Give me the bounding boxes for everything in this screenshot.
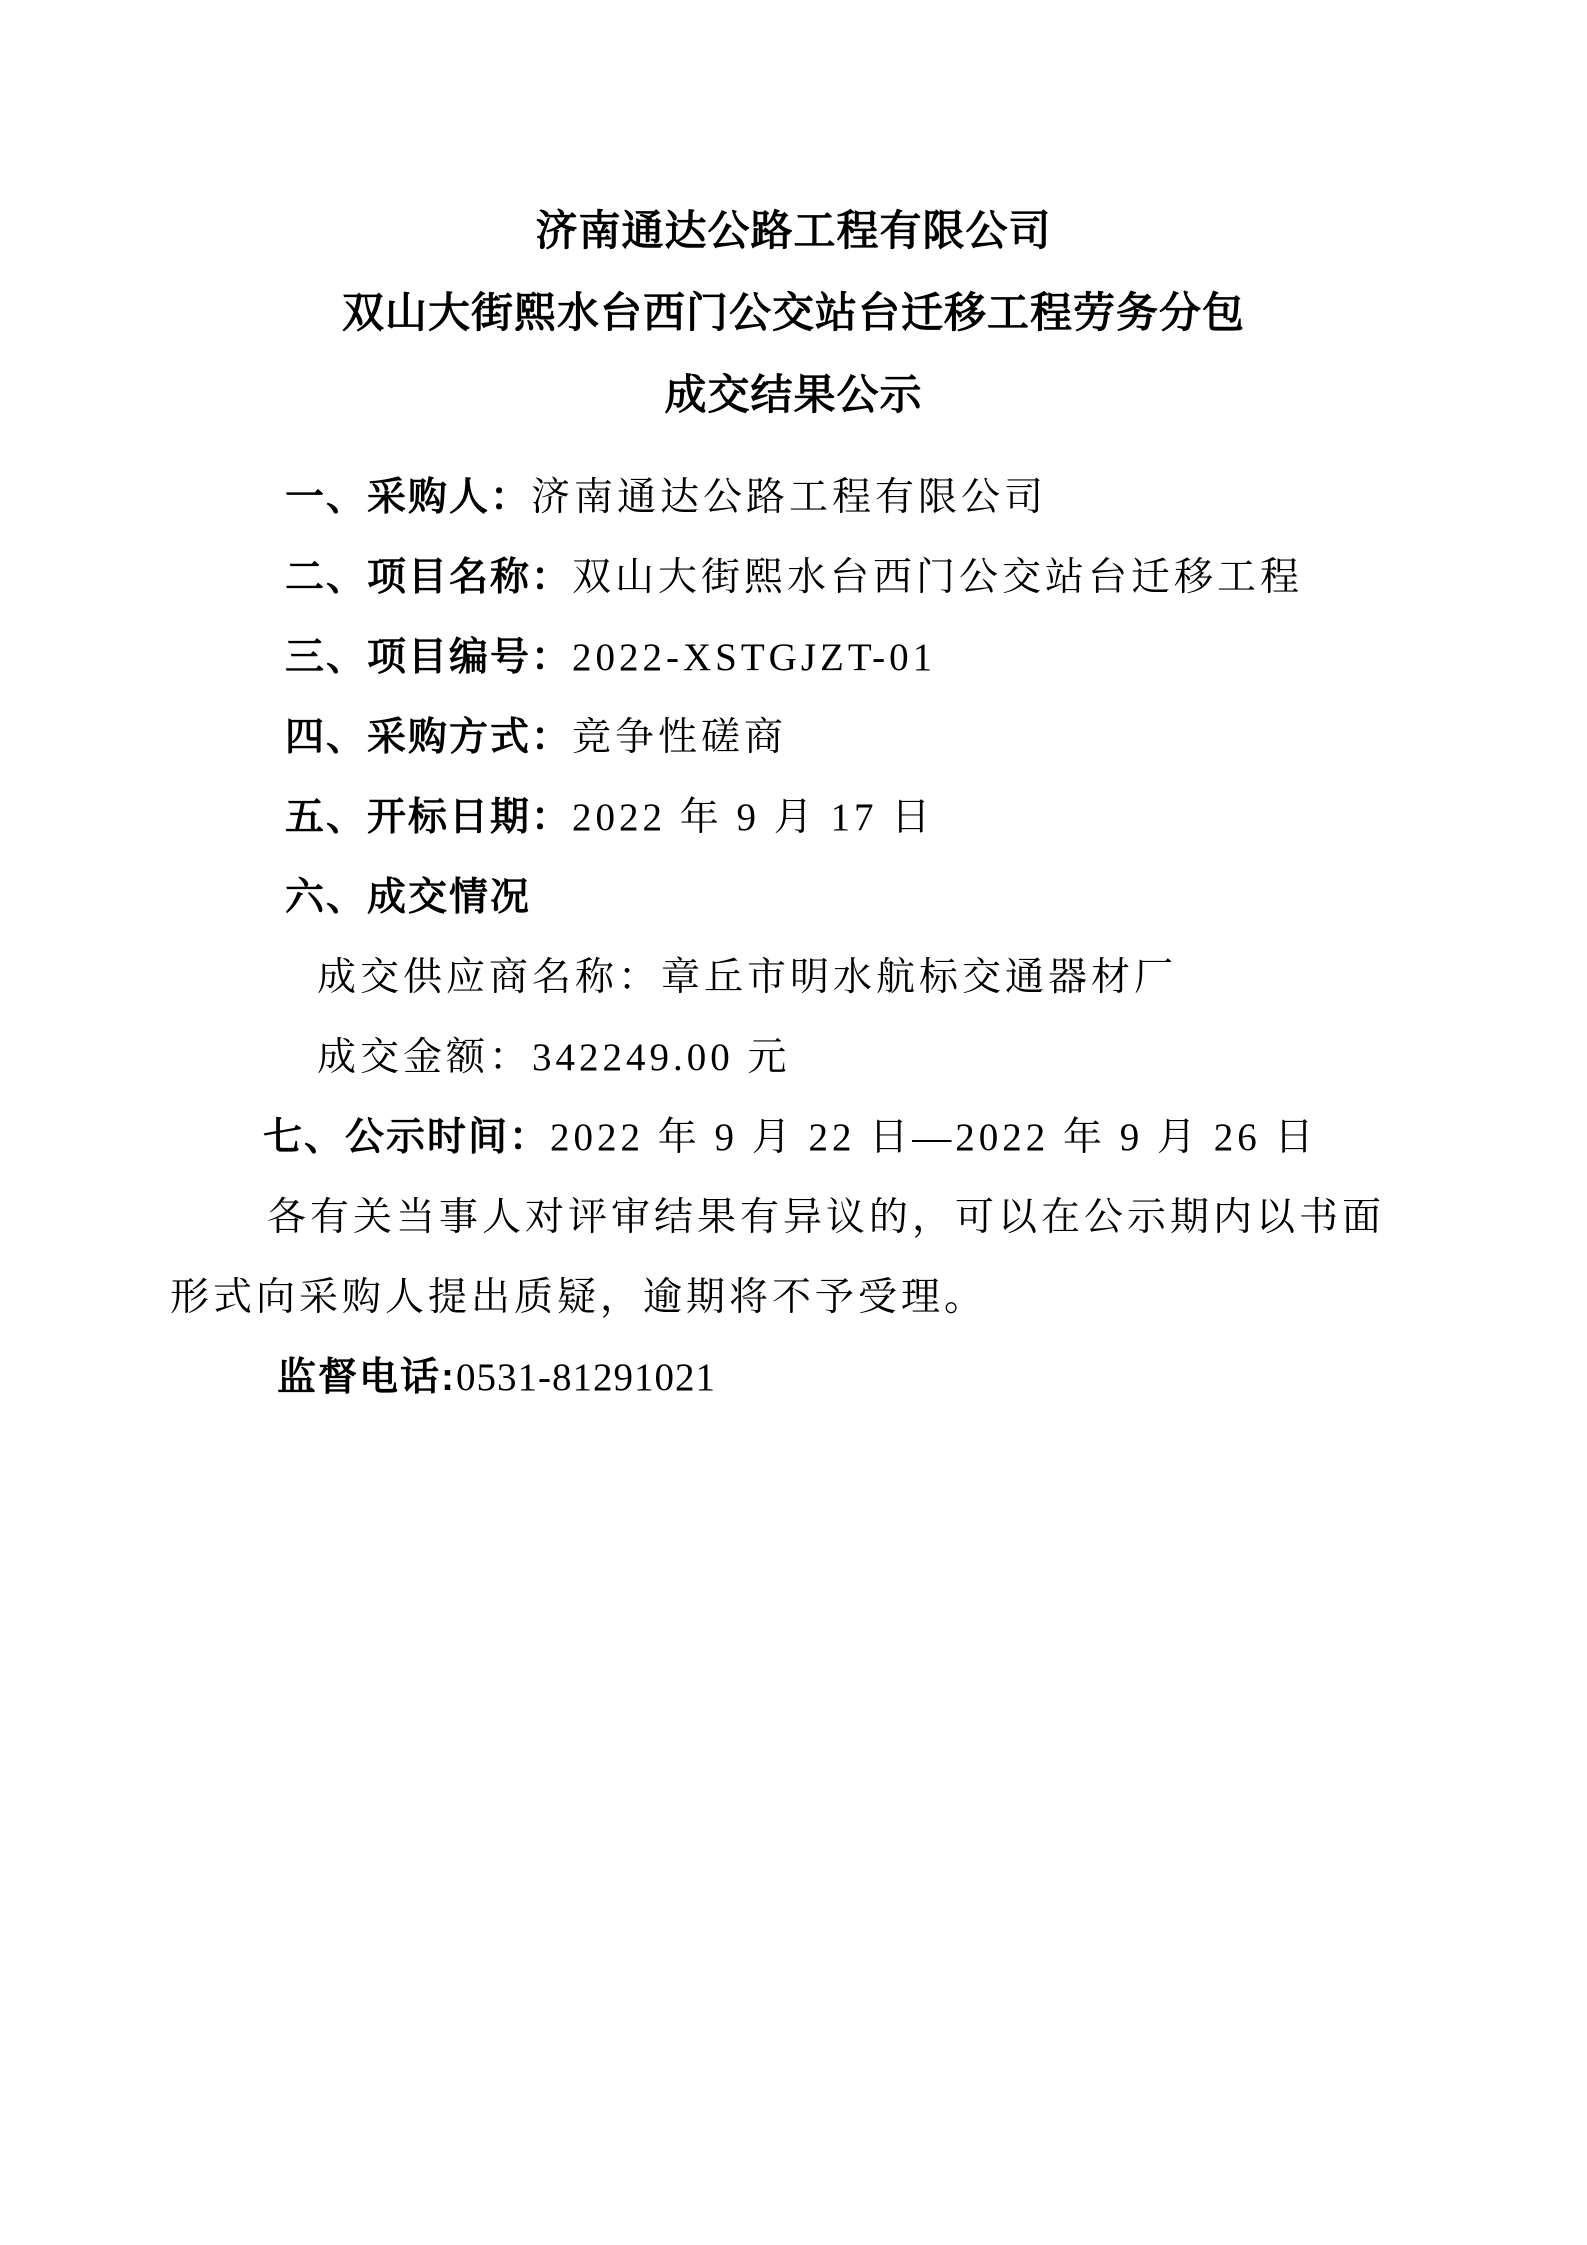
item-award-info-label: 六、成交情况 bbox=[285, 876, 531, 919]
item-purchaser: 一、采购人：济南通达公路工程有限公司 bbox=[170, 458, 1417, 538]
item-project-name-label: 二、项目名称： bbox=[285, 556, 572, 599]
item-project-name: 二、项目名称：双山大街熙水台西门公交站台迁移工程 bbox=[170, 538, 1417, 618]
supplier-name-value: 章丘市明水航标交通器材厂 bbox=[661, 956, 1177, 999]
supplier-name-line: 成交供应商名称：章丘市明水航标交通器材厂 bbox=[170, 938, 1417, 1018]
notice-paragraph-line-2: 形式向采购人提出质疑，逾期将不予受理。 bbox=[170, 1258, 1417, 1338]
document-body: 一、采购人：济南通达公路工程有限公司 二、项目名称：双山大街熙水台西门公交站台迁… bbox=[170, 458, 1417, 1418]
supervision-phone-value: 0531-81291021 bbox=[456, 1356, 716, 1399]
document-title: 济南通达公路工程有限公司 双山大街熙水台西门公交站台迁移工程劳务分包 成交结果公… bbox=[170, 190, 1417, 436]
item-project-name-value: 双山大街熙水台西门公交站台迁移工程 bbox=[572, 556, 1303, 599]
supervision-phone-line: 监督电话:0531-81291021 bbox=[170, 1338, 1417, 1418]
title-announcement-type: 成交结果公示 bbox=[170, 354, 1417, 436]
supplier-name-label: 成交供应商名称： bbox=[317, 956, 661, 999]
title-project-name: 双山大街熙水台西门公交站台迁移工程劳务分包 bbox=[170, 272, 1417, 354]
supervision-phone-label: 监督电话: bbox=[277, 1356, 456, 1399]
item-procurement-method: 四、采购方式：竞争性磋商 bbox=[170, 698, 1417, 778]
item-announcement-period: 七、公示时间：2022 年 9 月 22 日—2022 年 9 月 26 日 bbox=[170, 1098, 1417, 1178]
title-company-name: 济南通达公路工程有限公司 bbox=[170, 190, 1417, 272]
item-procurement-method-value: 竞争性磋商 bbox=[572, 716, 787, 759]
notice-paragraph-line-1: 各有关当事人对评审结果有异议的，可以在公示期内以书面 bbox=[170, 1178, 1417, 1258]
award-amount-label: 成交金额： bbox=[317, 1036, 532, 1079]
award-amount-line: 成交金额：342249.00 元 bbox=[170, 1018, 1417, 1098]
item-procurement-method-label: 四、采购方式： bbox=[285, 716, 572, 759]
item-project-number-value: 2022-XSTGJZT-01 bbox=[572, 636, 936, 679]
announcement-page: 济南通达公路工程有限公司 双山大街熙水台西门公交站台迁移工程劳务分包 成交结果公… bbox=[0, 0, 1587, 2245]
item-award-info: 六、成交情况 bbox=[170, 858, 1417, 938]
item-project-number-label: 三、项目编号： bbox=[285, 636, 572, 679]
item-purchaser-label: 一、采购人： bbox=[285, 476, 531, 519]
item-purchaser-value: 济南通达公路工程有限公司 bbox=[531, 476, 1047, 519]
item-bid-opening-date-value: 2022 年 9 月 17 日 bbox=[572, 796, 934, 839]
item-announcement-period-label: 七、公示时间： bbox=[263, 1116, 550, 1159]
item-bid-opening-date: 五、开标日期：2022 年 9 月 17 日 bbox=[170, 778, 1417, 858]
award-amount-value: 342249.00 元 bbox=[532, 1036, 791, 1079]
item-project-number: 三、项目编号：2022-XSTGJZT-01 bbox=[170, 618, 1417, 698]
item-announcement-period-value: 2022 年 9 月 22 日—2022 年 9 月 26 日 bbox=[550, 1116, 1318, 1159]
item-bid-opening-date-label: 五、开标日期： bbox=[285, 796, 572, 839]
